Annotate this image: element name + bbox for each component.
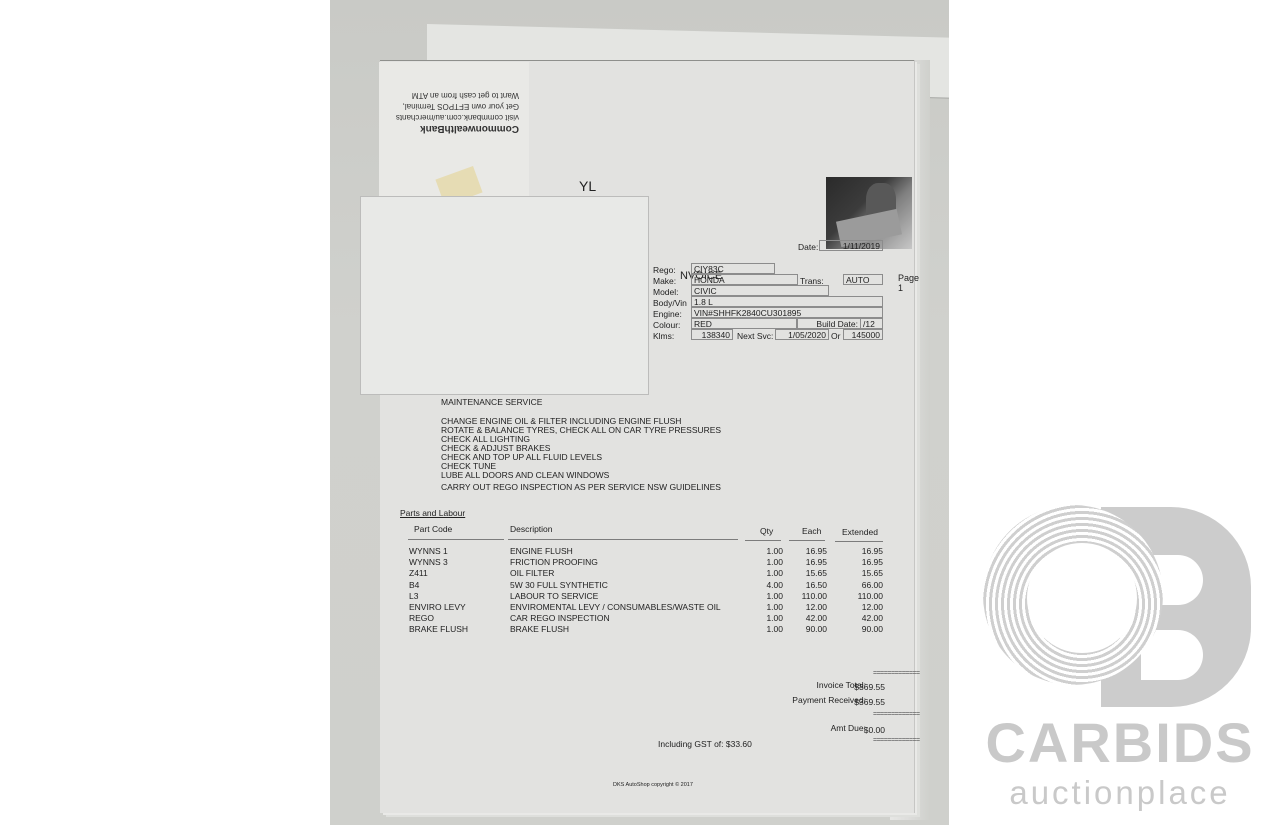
date-label: Date: (798, 242, 818, 252)
part-extended: 12.00 (835, 602, 883, 612)
klms-field: 138340 (691, 329, 733, 340)
engine-label: Engine: (653, 309, 682, 319)
part-description: CAR REGO INSPECTION (510, 613, 610, 623)
col-qty: Qty (760, 526, 773, 536)
part-description: BRAKE FLUSH (510, 624, 569, 634)
service-description: MAINTENANCE SERVICE CHANGE ENGINE OIL & … (441, 398, 721, 492)
col-description: Description (510, 524, 553, 534)
service-heading: MAINTENANCE SERVICE (441, 398, 721, 407)
part-code: B4 (409, 580, 419, 590)
part-qty: 1.00 (746, 602, 783, 612)
table-row: Z411OIL FILTER1.0015.6515.65 (380, 568, 914, 579)
parts-title: Parts and Labour (400, 508, 465, 518)
logo-c-counter (1027, 543, 1137, 653)
part-qty: 1.00 (746, 568, 783, 578)
part-qty: 1.00 (746, 557, 783, 567)
watermark-subtitle: auctionplace (975, 775, 1265, 811)
col-each: Each (802, 526, 821, 536)
colour-field: RED (691, 318, 797, 329)
part-qty: 1.00 (746, 546, 783, 556)
invoice-photo: YL oulevarde 2 NVOICE Page 1 Date: 1/11/… (330, 0, 949, 825)
date-field: 1/11/2019 (819, 240, 883, 251)
next-service-field: 1/05/2020 (775, 329, 829, 340)
table-row: WYNNS 3FRICTION PROOFING1.0016.9516.95 (380, 557, 914, 568)
receipt-line: Get your own EFTPOS Terminal, (389, 101, 519, 112)
next-service-label: Next Svc: (737, 331, 773, 341)
separator: ============= (873, 737, 920, 744)
mechanic-image (826, 177, 912, 249)
part-each: 15.65 (785, 568, 827, 578)
model-label: Model: (653, 287, 679, 297)
part-each: 110.00 (785, 591, 827, 601)
rego-field: CIY83C (691, 263, 775, 274)
part-code: REGO (409, 613, 434, 623)
part-each: 90.00 (785, 624, 827, 634)
engine-field: VIN#SHHFK2840CU301895 (691, 307, 883, 318)
receipt-line: visit commbank.com.au/merchants (389, 112, 519, 123)
address-line: YL (579, 178, 641, 195)
rego-label: Rego: (653, 265, 676, 275)
header-rule (408, 539, 504, 540)
receipt-text: CommonwealthBank visit commbank.com.au/m… (389, 90, 519, 134)
part-each: 16.50 (785, 580, 827, 590)
separator: ============= (873, 711, 920, 718)
make-field: HONDA (691, 274, 798, 285)
klms-label: Klms: (653, 331, 674, 341)
header-rule (508, 539, 738, 540)
make-label: Make: (653, 276, 676, 286)
header-rule (835, 541, 883, 542)
watermark-brand: CARBIDS (975, 713, 1265, 773)
part-each: 16.95 (785, 546, 827, 556)
part-code: Z411 (409, 568, 428, 578)
part-code: WYNNS 1 (409, 546, 448, 556)
part-description: FRICTION PROOFING (510, 557, 598, 567)
part-each: 16.95 (785, 557, 827, 567)
footer-copyright: DKS AutoShop copyright © 2017 (613, 782, 693, 788)
receipt-line: Want to get cash from an ATM (389, 90, 519, 101)
service-item: CARRY OUT REGO INSPECTION AS PER SERVICE… (441, 483, 721, 492)
col-part-code: Part Code (414, 524, 452, 534)
colour-label: Colour: (653, 320, 680, 330)
gst-text: Including GST of: $33.60 (658, 739, 752, 749)
part-extended: 90.00 (835, 624, 883, 634)
part-extended: 66.00 (835, 580, 883, 590)
separator: ============= (873, 670, 920, 677)
header-rule (745, 540, 781, 541)
trans-field: AUTO (843, 274, 883, 285)
eftpos-receipt: CommonwealthBank visit commbank.com.au/m… (379, 62, 529, 198)
table-row: BRAKE FLUSHBRAKE FLUSH1.0090.0090.00 (380, 624, 914, 635)
part-extended: 16.95 (835, 557, 883, 567)
table-row: WYNNS 1ENGINE FLUSH1.0016.9516.95 (380, 546, 914, 557)
body-label: Body/Vin (653, 298, 687, 308)
part-code: L3 (409, 591, 418, 601)
build-date-label: Build Date: (797, 318, 860, 329)
or-label: Or (831, 331, 840, 341)
part-each: 12.00 (785, 602, 827, 612)
part-extended: 16.95 (835, 546, 883, 556)
part-qty: 4.00 (746, 580, 783, 590)
part-qty: 1.00 (746, 624, 783, 634)
header-rule (789, 540, 825, 541)
payment-received-value: $369.55 (825, 697, 885, 707)
part-description: OIL FILTER (510, 568, 554, 578)
part-qty: 1.00 (746, 613, 783, 623)
part-description: LABOUR TO SERVICE (510, 591, 598, 601)
part-each: 42.00 (785, 613, 827, 623)
build-date-field: /12 (860, 318, 883, 329)
part-extended: 15.65 (835, 568, 883, 578)
part-code: ENVIRO LEVY (409, 602, 466, 612)
part-extended: 110.00 (835, 591, 883, 601)
table-row: REGOCAR REGO INSPECTION1.0042.0042.00 (380, 613, 914, 624)
part-code: WYNNS 3 (409, 557, 448, 567)
part-qty: 1.00 (746, 591, 783, 601)
bank-name: CommonwealthBank (389, 123, 519, 134)
col-extended: Extended (842, 527, 878, 537)
part-extended: 42.00 (835, 613, 883, 623)
model-field: CIVIC (691, 285, 829, 296)
part-description: ENVIROMENTAL LEVY / CONSUMABLES/WASTE OI… (510, 602, 721, 612)
body-field: 1.8 L (691, 296, 883, 307)
next-klms-field: 145000 (843, 329, 883, 340)
table-row: ENVIRO LEVYENVIROMENTAL LEVY / CONSUMABL… (380, 602, 914, 613)
service-item: LUBE ALL DOORS AND CLEAN WINDOWS (441, 471, 721, 480)
part-description: ENGINE FLUSH (510, 546, 573, 556)
page-number: Page 1 (898, 273, 919, 293)
table-row: L3LABOUR TO SERVICE1.00110.00110.00 (380, 591, 914, 602)
amount-due-value: $0.00 (825, 725, 885, 735)
invoice-total-value: $369.55 (825, 682, 885, 692)
part-code: BRAKE FLUSH (409, 624, 468, 634)
redaction-paper (360, 196, 649, 395)
part-description: 5W 30 FULL SYNTHETIC (510, 580, 608, 590)
table-row: B45W 30 FULL SYNTHETIC4.0016.5066.00 (380, 580, 914, 591)
carbids-watermark: CARBIDS auctionplace (975, 505, 1265, 815)
